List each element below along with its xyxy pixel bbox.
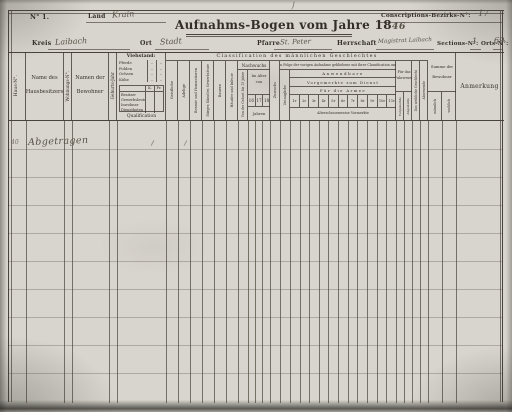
qualification-row-label: Besitzer [120, 93, 145, 97]
form-title-printed: Aufnahms-Bogen vom Jahre 18 [175, 18, 392, 32]
ort-value-handwritten: Stadt [160, 36, 182, 46]
qualification-row: Dienstboten [120, 108, 163, 113]
estate-column: Bürger, Künstler, Gewerbsleute [202, 61, 214, 120]
geburts-jahr-label: Geburts-Jahr [110, 72, 115, 99]
estate-label: Geistliche [170, 81, 174, 99]
col-header-hausbesitzer: Name des Hausbesitzers [26, 52, 64, 120]
scanned-census-form: N° 1. Land Krain Conscriptions-Bezirks-N… [0, 0, 512, 412]
estate-columns: Geistliche Adelige Beamte und Honoratior… [166, 61, 238, 120]
viehstand-row-label: Ochsen [117, 71, 147, 76]
estate-column: Bauern [214, 61, 226, 120]
summe-maennlich-label: männlich [433, 99, 437, 114]
zuwachs-column: Zuwachs [270, 61, 280, 120]
land-label: Land [88, 13, 105, 20]
summe-maennlich: männlich [428, 92, 442, 120]
nachwuchs-birth-column: Von der Geburt bis 15 Jahre [238, 70, 248, 120]
age-class-cell: 6r [338, 95, 348, 107]
age-17-cell: 17 [255, 95, 263, 106]
nachwuchs-im-alter: Im Alter von [248, 71, 270, 87]
pfarre-underline [274, 49, 332, 50]
age-class-cell: 1r [290, 95, 299, 107]
viehstand-box: Viehstand: Pferde–– Fohlen–– Ochsen–– Kü… [117, 52, 166, 120]
weiblich-strip: Das weibliche Geschlecht [412, 61, 420, 120]
estate-column: Geistliche [166, 61, 178, 120]
qualification-row-label: Dienstboten [120, 108, 145, 112]
handwritten-stray-mark [288, 1, 294, 11]
estate-label: Adelige [182, 84, 186, 98]
herrschaft-label: Herrschaft [337, 40, 377, 47]
nachwuchs-jahren: Jahren [248, 108, 270, 118]
estate-column: Adelige [178, 61, 190, 120]
kreis-label: Kreis [32, 40, 51, 47]
form-title-year-handwritten: 46 [392, 21, 406, 32]
viehstand-row-label: Fohlen [117, 66, 147, 71]
col-header-anmerkung: Anmerkung [456, 52, 503, 120]
table-header-bottom-rule [8, 120, 504, 121]
haus-no-label: Haus-N°. [14, 75, 19, 96]
fuhrwesen-sub-a: Vorgemerkte [396, 92, 404, 120]
fuhrwesen-title: Für das Fuhrwesen [396, 61, 412, 92]
form-frame-top [8, 10, 504, 11]
col-header-haus-no: Haus-N°. [8, 52, 26, 120]
col-header-bewohner: Namen der Bewohner [72, 52, 109, 120]
age-18-cell: 18 [262, 95, 270, 106]
weiblich-strip-label: Das weibliche Geschlecht [414, 70, 418, 112]
summe-box: Summe der Bewohner männlich weiblich [428, 52, 456, 120]
conscription-district-label: Conscriptions-Bezirks-N°: [381, 13, 471, 19]
title-rule-thick [186, 34, 352, 35]
untaugliche-label: Untaugliche [283, 85, 287, 105]
viehstand-cell: – [156, 77, 165, 83]
age-class-cell: 8r [357, 95, 367, 107]
sheet-number: N° 1. [30, 13, 49, 21]
age-class-cells: 1r 2r 3r 4r 5r 6r 7r 8r 9r 10r 11r [290, 95, 396, 108]
viehstand-title: Viehstand: [117, 52, 165, 60]
paper-left-edge [0, 0, 7, 412]
qualification-cell [145, 108, 154, 113]
estate-column: Beamte und Honoratioren [190, 61, 202, 120]
age-class-cell: 5r [328, 95, 338, 107]
kreis-value-handwritten: Laibach [55, 36, 88, 47]
fuhrwesen-sub-a-label: Vorgemerkte [398, 97, 402, 116]
zuwachs-label: Zuwachs [273, 82, 277, 98]
bestand-line1: In Folge der vorigen Aufnahme gebliebene… [280, 61, 396, 70]
nachwuchs-birth-label: Von der Geburt bis 15 Jahre [241, 72, 245, 117]
classification-title: Classification des männlichen Geschlecht… [166, 52, 428, 61]
sections-value-handwritten: 1 [472, 37, 477, 46]
nachwuchs-age-cells: 16 17 18 [248, 94, 270, 107]
viehstand-rows: Pferde–– Fohlen–– Ochsen–– Kühe–– [117, 60, 165, 82]
bestand-footer: Altersclassenweise Vormerkte [290, 108, 396, 118]
ort-label: Ort [140, 40, 152, 47]
conscription-district-value: 17 [478, 9, 489, 19]
herrschaft-value-handwritten: Magistrat Laibach [378, 37, 432, 45]
pfarre-value-handwritten: St. Peter [280, 37, 311, 46]
qualification-col-k: K. [145, 86, 154, 91]
age-class-cell: 9r [367, 95, 377, 107]
age-class-cell: 4r [318, 95, 328, 107]
estate-label: Bürger, Künstler, Gewerbsleute [206, 64, 210, 117]
qualification-subbox: K. Pr. Besitzer Gewerbsleute Inwohner Di… [119, 85, 164, 112]
orts-underline [493, 49, 503, 50]
handwritten-tick-mark [184, 140, 188, 146]
pfarre-label: Pfarre [257, 40, 280, 47]
age-class-cell: 7r [347, 95, 357, 107]
qualification-cell [154, 108, 163, 113]
bestand-fuer-die-armee: Für die Armee [290, 87, 396, 95]
summe-title: Summe der Bewohner [428, 52, 456, 92]
table-row-lines [8, 149, 503, 375]
ort-underline [155, 49, 209, 50]
fuhrwesen-sub-b-label: Abgestellte [406, 98, 410, 115]
viehstand-row: Kühe–– [117, 77, 165, 83]
age-16-cell: 16 [248, 95, 255, 106]
paper-right-edge [506, 0, 512, 412]
fuhrwesen-sub-b: Abgestellte [404, 92, 412, 120]
orts-no-value-handwritten: 69 [494, 36, 504, 45]
estate-column: Häusler und Inleute [226, 61, 238, 120]
qualification-row-label: Gewerbsleute [120, 98, 145, 102]
estate-label: Bauern [218, 84, 222, 97]
qualification-footer: Qualification [117, 114, 166, 119]
nachwuchs-title: Nachwuchs [238, 61, 270, 70]
estate-label: Häusler und Inleute [230, 73, 234, 107]
handwritten-entry-text: Abgetragen [28, 135, 89, 148]
abwesende-strip: Abwesende [420, 61, 428, 120]
viehstand-row-label: Pferde [117, 60, 147, 65]
summe-weiblich: weiblich [442, 92, 456, 120]
land-value-handwritten: Krain [112, 9, 135, 19]
summe-weiblich-label: weiblich [447, 99, 451, 113]
bestand-vorgemerkte: Vorgemerkte zum Dienst [290, 78, 396, 87]
bestand-anwendbare: Anwendbare [290, 70, 396, 78]
bestand-box: In Folge der vorigen Aufnahme gebliebene… [280, 61, 396, 120]
form-title: Aufnahms-Bogen vom Jahre 1846 [175, 18, 361, 32]
age-class-cell: 3r [308, 95, 318, 107]
age-class-cell: 11r [386, 95, 396, 107]
paper-top-edge [0, 0, 512, 4]
sections-underline [470, 49, 481, 50]
qualification-row-label: Inwohner [120, 103, 145, 107]
handwritten-tick-mark [151, 140, 155, 146]
col-header-wohnungs-no: Wohnungs-N°. [64, 52, 72, 120]
land-underline [86, 22, 166, 23]
herrschaft-underline [376, 49, 434, 50]
qualification-col-pr: Pr. [154, 86, 163, 91]
age-class-cell: 10r [377, 95, 387, 107]
estate-label: Beamte und Honoratioren [194, 68, 198, 113]
untaugliche-column: Untaugliche [280, 70, 290, 120]
paper-bottom-edge [0, 400, 512, 412]
handwritten-haus-no: 40 [11, 139, 19, 146]
age-class-cell: 2r [299, 95, 309, 107]
nachwuchs-box: Nachwuchs Von der Geburt bis 15 Jahre Im… [238, 61, 270, 120]
wohnungs-no-label: Wohnungs-N°. [65, 71, 70, 102]
col-header-geburts-jahr: Geburts-Jahr [109, 52, 117, 120]
abwesende-strip-label: Abwesende [422, 81, 426, 99]
fuhrwesen-box: Für das Fuhrwesen Vorgemerkte Abgestellt… [396, 61, 412, 120]
viehstand-cell: – [147, 77, 156, 83]
kreis-underline [48, 49, 130, 50]
viehstand-row-label: Kühe [117, 77, 147, 82]
